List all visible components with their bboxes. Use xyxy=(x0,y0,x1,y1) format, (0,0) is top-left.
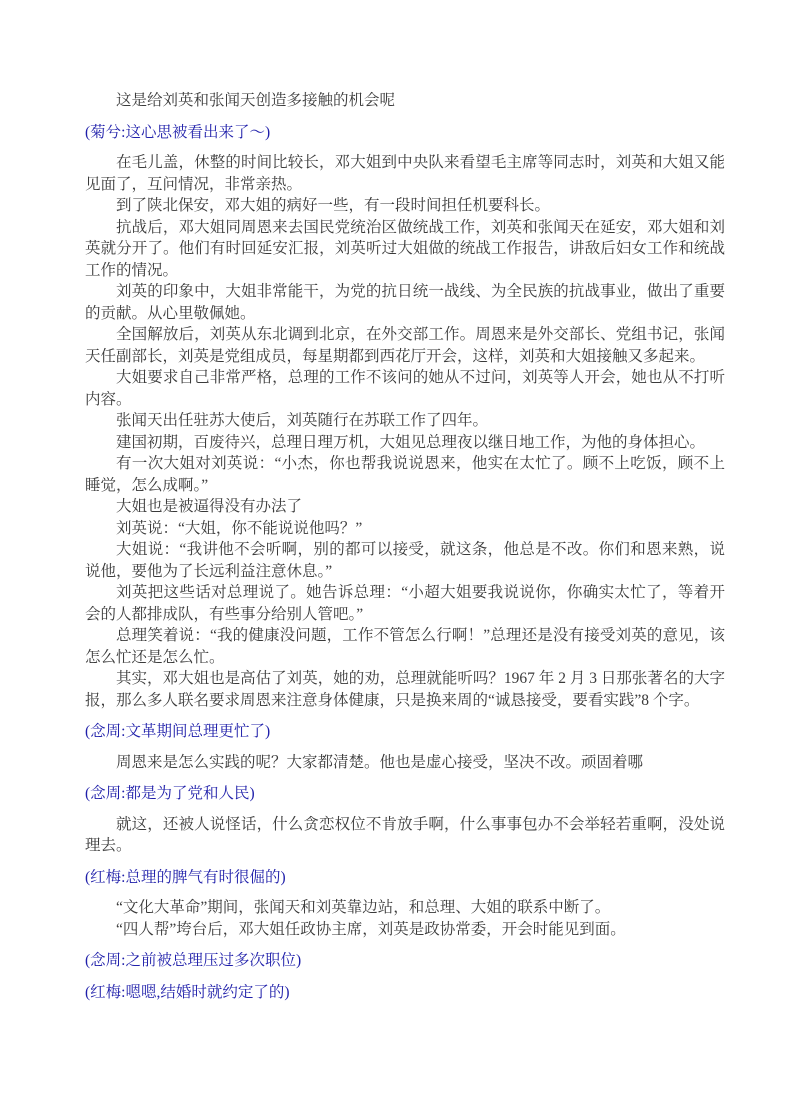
document-page: 这是给刘英和张闻天创造多接触的机会呢(菊兮:这心思被看出来了～)在毛儿盖，休整的… xyxy=(0,0,800,1100)
paragraph: 其实，邓大姐也是高估了刘英，她的劝，总理就能听吗？1967 年 2 月 3 日那… xyxy=(85,668,725,711)
paragraph: 刘英说：“大姐，你不能说说他吗？” xyxy=(85,518,725,540)
paragraph: 抗战后，邓大姐同周恩来去国民党统治区做统战工作，刘英和张闻天在延安，邓大姐和刘英… xyxy=(85,217,725,282)
paragraph: 全国解放后，刘英从东北调到北京，在外交部工作。周恩来是外交部长、党组书记，张闻天… xyxy=(85,324,725,367)
paragraph: 刘英的印象中，大姐非常能干，为党的抗日统一战线、为全民族的抗战事业，做出了重要的… xyxy=(85,281,725,324)
paragraph: “文化大革命”期间，张闻天和刘英靠边站，和总理、大姐的联系中断了。 xyxy=(85,897,725,919)
reader-annotation: (红梅:嗯嗯,结婚时就约定了的) xyxy=(85,982,725,1004)
paragraph: 总理笑着说：“我的健康没问题，工作不管怎么行啊！”总理还是没有接受刘英的意见，该… xyxy=(85,625,725,668)
paragraph: 有一次大姐对刘英说：“小杰，你也帮我说说恩来，他实在太忙了。顾不上吃饭，顾不上睡… xyxy=(85,453,725,496)
reader-annotation: (菊兮:这心思被看出来了～) xyxy=(85,122,725,144)
paragraph: 大姐要求自己非常严格，总理的工作不该问的她从不过问，刘英等人开会，她也从不打听内… xyxy=(85,367,725,410)
paragraph: 这是给刘英和张闻天创造多接触的机会呢 xyxy=(85,90,725,112)
paragraph: 在毛儿盖，休整的时间比较长，邓大姐到中央队来看望毛主席等同志时，刘英和大姐又能见… xyxy=(85,152,725,195)
paragraph: 周恩来是怎么实践的呢？大家都清楚。他也是虚心接受，坚决不改。顽固着哪 xyxy=(85,752,725,774)
reader-annotation: (念周:文革期间总理更忙了) xyxy=(85,721,725,743)
paragraph: 到了陕北保安，邓大姐的病好一些，有一段时间担任机要科长。 xyxy=(85,195,725,217)
reader-annotation: (红梅:总理的脾气有时很倔的) xyxy=(85,867,725,889)
paragraph: 张闻天出任驻苏大使后，刘英随行在苏联工作了四年。 xyxy=(85,410,725,432)
document-content: 这是给刘英和张闻天创造多接触的机会呢(菊兮:这心思被看出来了～)在毛儿盖，休整的… xyxy=(85,90,725,1003)
paragraph: “四人帮”垮台后，邓大姐任政协主席，刘英是政协常委，开会时能见到面。 xyxy=(85,919,725,941)
reader-annotation: (念周:都是为了党和人民) xyxy=(85,783,725,805)
paragraph: 建国初期，百废待兴，总理日理万机，大姐见总理夜以继日地工作，为他的身体担心。 xyxy=(85,432,725,454)
paragraph: 大姐也是被逼得没有办法了 xyxy=(85,496,725,518)
paragraph: 刘英把这些话对总理说了。她告诉总理：“小超大姐要我说说你，你确实太忙了，等着开会… xyxy=(85,582,725,625)
paragraph: 就这，还被人说怪话，什么贪恋权位不肯放手啊，什么事事包办不会举轻若重啊，没处说理… xyxy=(85,814,725,857)
reader-annotation: (念周:之前被总理压过多次职位) xyxy=(85,950,725,972)
paragraph: 大姐说：“我讲他不会听啊，别的都可以接受，就这条，他总是不改。你们和恩来熟，说说… xyxy=(85,539,725,582)
